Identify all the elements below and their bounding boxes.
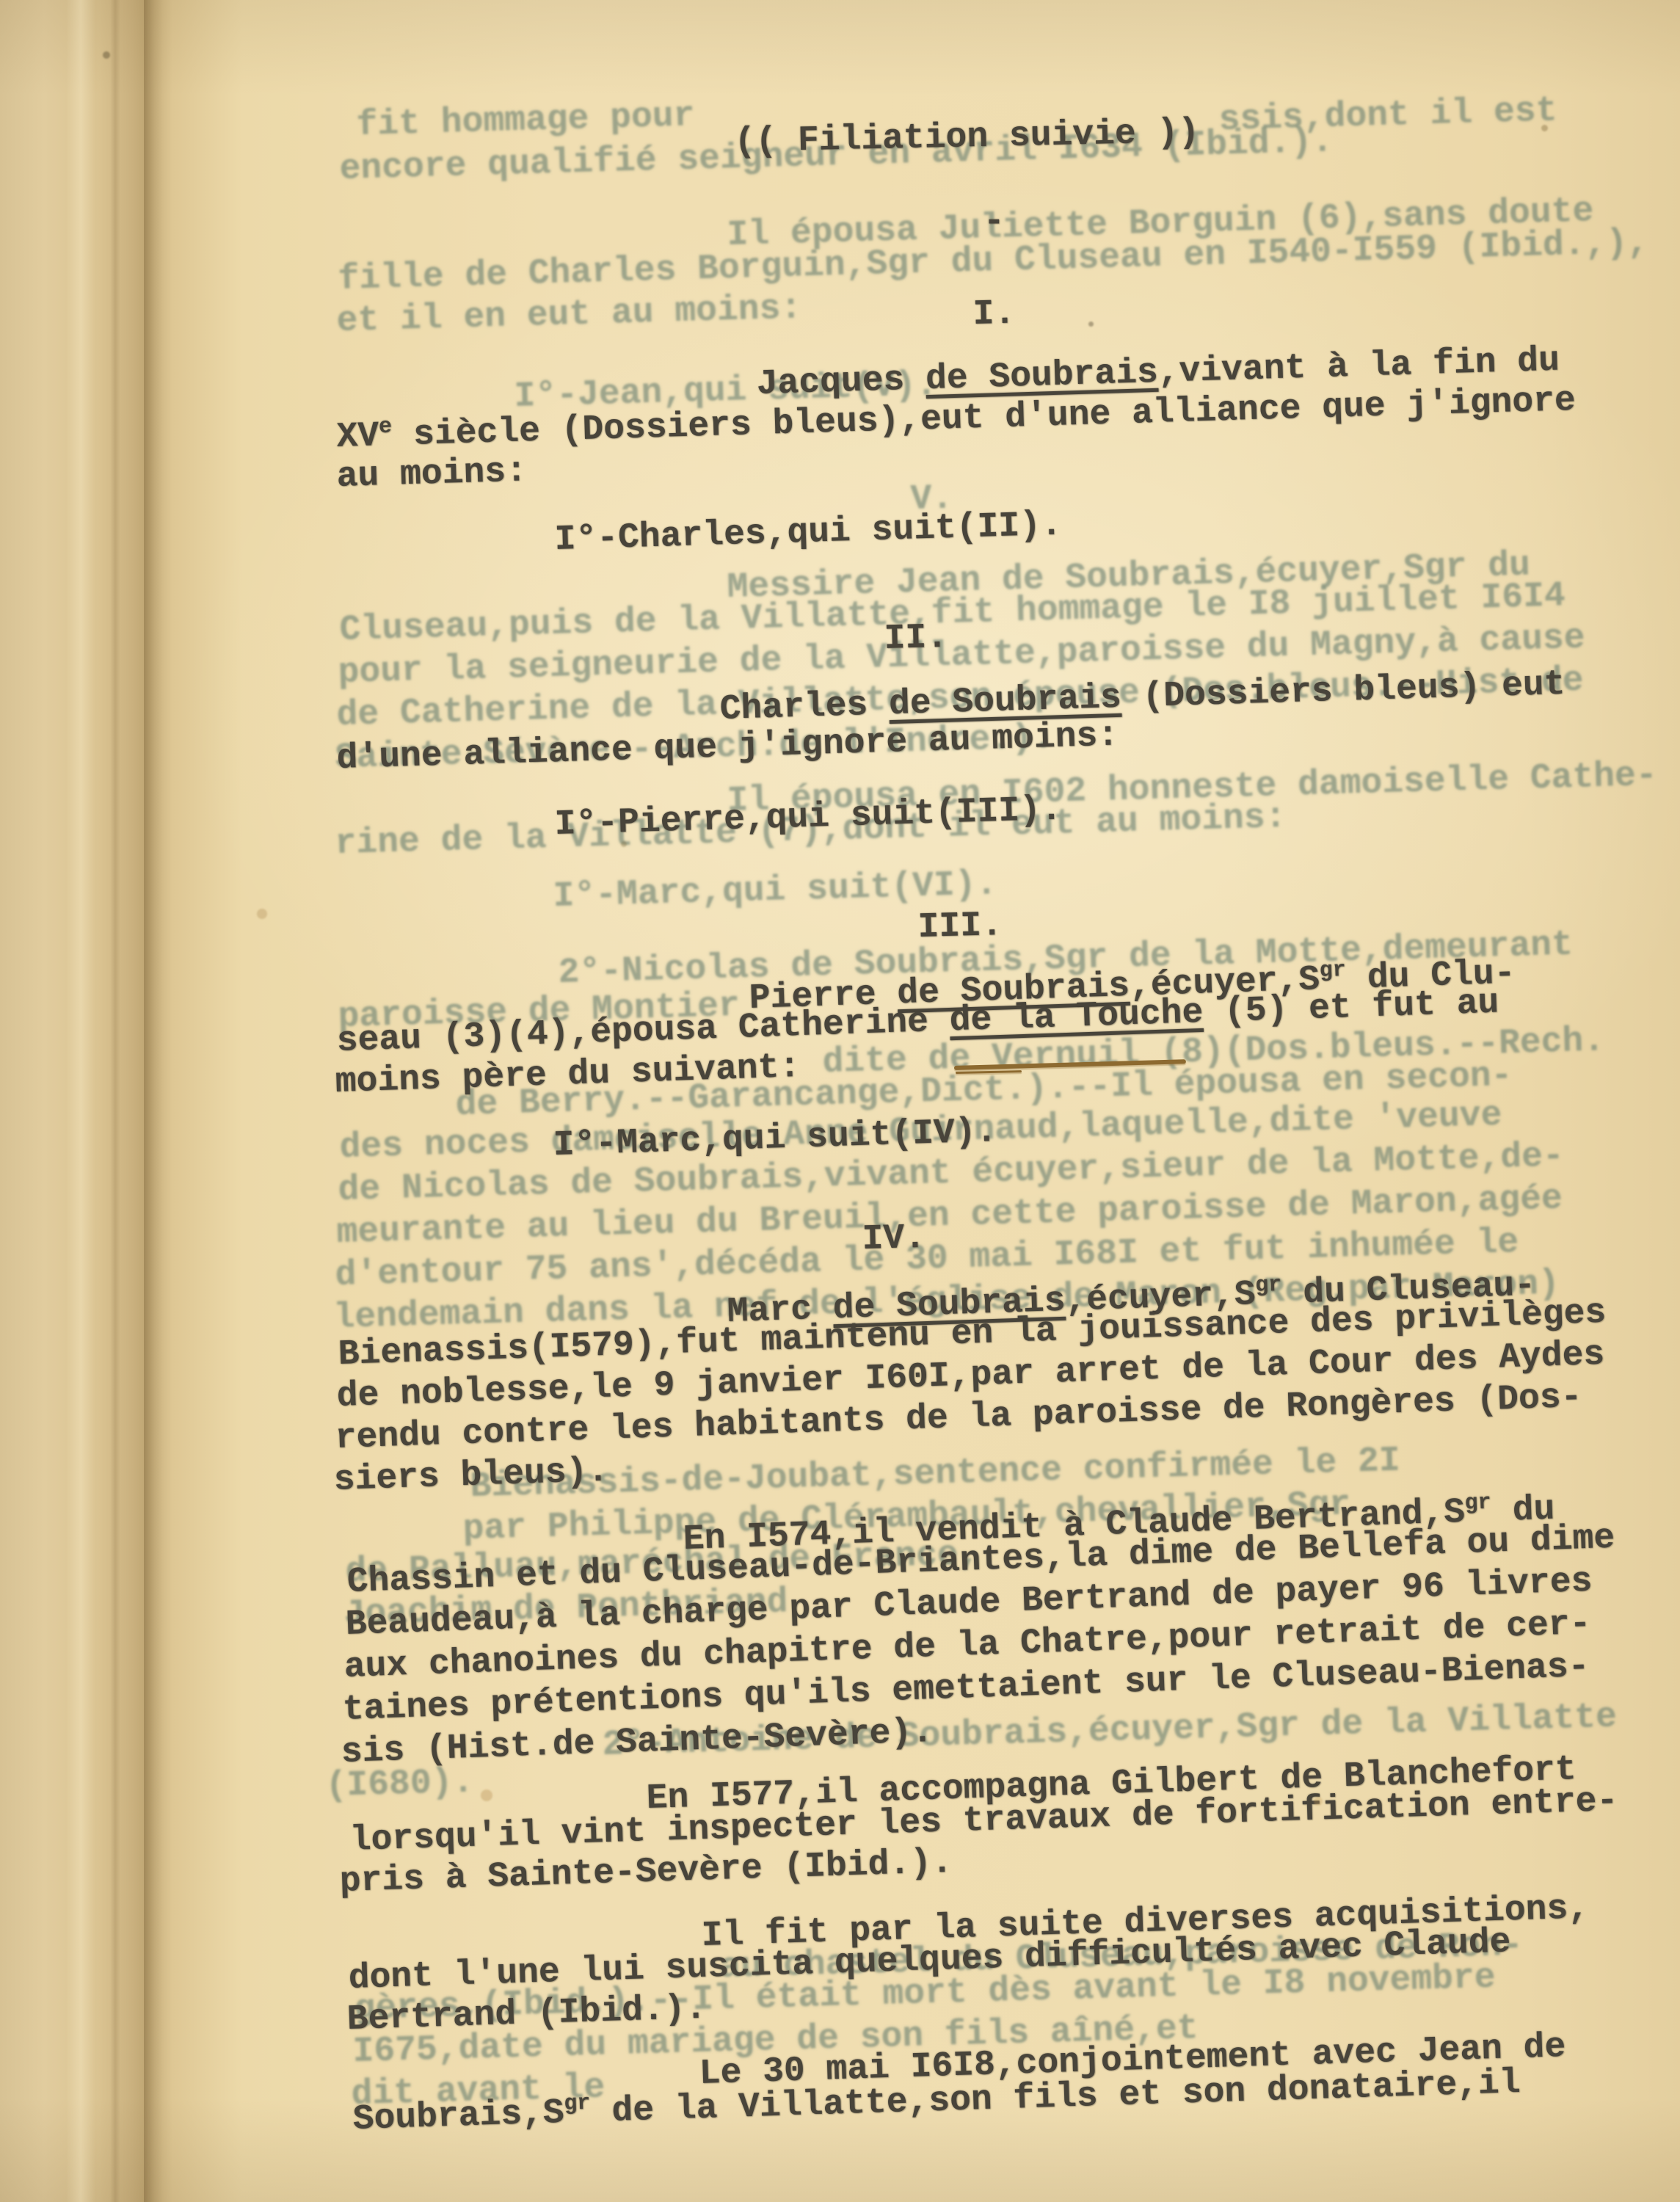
paper-speck: [1314, 1797, 1323, 1806]
paper-speck: [1541, 125, 1548, 131]
paper-speck: [257, 909, 267, 919]
paper-speck: [621, 841, 627, 847]
paper-speck: [103, 51, 110, 59]
hand-drawn-underline: [956, 1070, 1022, 1074]
hand-drawn-underline: [954, 1059, 1186, 1070]
scanned-document-page: fit hommage pourssis,dont il estencore q…: [0, 0, 1680, 2202]
paper-speck: [1088, 321, 1094, 327]
paper-speck: [481, 1789, 492, 1801]
annotation-marks-layer: [0, 0, 1680, 2202]
